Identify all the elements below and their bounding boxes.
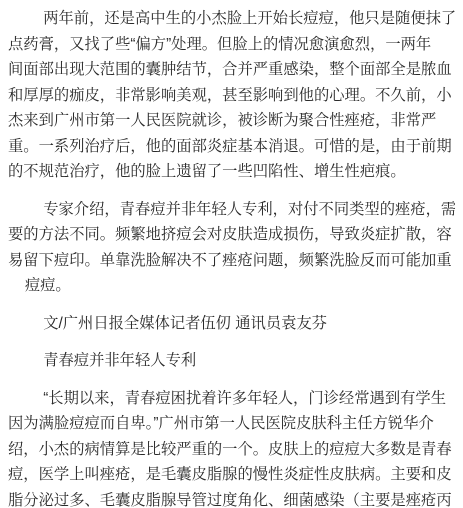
section-subheading: 青春痘并非年轻人专利 [8, 348, 455, 374]
text-line: 要的方法不同。频繁地挤痘会对皮肤造成损伤，导致炎症扩散，容 [8, 222, 455, 248]
text-line: “长期以来，青春痘困扰着许多年轻人，门诊经常遇到有学生 [8, 386, 455, 412]
text-line: 的不规范治疗，他的脸上遗留了一些凹陷性、增生性疤痕。 [8, 159, 455, 185]
text-line: 绍，小杰的病情算是比较严重的一个。皮肤上的痘痘大多数是青春 [8, 437, 455, 463]
text-line: 和厚厚的痂皮，非常影响美观，甚至影响到他的心理。不久前，小 [8, 83, 455, 109]
paragraph-expert-summary: 专家介绍，青春痘并非年轻人专利，对付不同类型的痤疮，需 要的方法不同。频繁地挤痘… [8, 197, 455, 299]
paragraph-case-story: 两年前，还是高中生的小杰脸上开始长痘痘，他只是随便抹了 点药膏，又找了些“偏方”… [8, 6, 455, 185]
article-page: { "page": { "background_color": "#ffffff… [0, 0, 463, 508]
text-line: 因为满脸痘痘而自卑。”广州市第一人民医院皮肤科主任方锐华介 [8, 411, 455, 437]
text-line: 易留下痘印。单靠洗脸解决不了痤疮问题，频繁洗脸反而可能加重 [8, 248, 455, 274]
text-line: 间面部出现大范围的囊肿结节，合并严重感染，整个面部全是脓血 [8, 57, 455, 83]
text-line: 脂分泌过多、毛囊皮脂腺导管过度角化、细菌感染（主要是痤疮丙 [8, 488, 455, 508]
text-line: 痘，医学上叫痤疮，是毛囊皮脂腺的慢性炎症性皮肤病。主要和皮 [8, 462, 455, 488]
text-line: 杰来到广州市第一人民医院就诊，被诊断为聚合性痤疮，非常严 [8, 108, 455, 134]
text-line: 重。一系列治疗后，他的面部炎症基本消退。可惜的是，由于前期 [8, 134, 455, 160]
text-line: 点药膏，又找了些“偏方”处理。但脸上的情况愈演愈烈，一两年 [8, 32, 455, 58]
text-line: 痘痘。 [8, 273, 455, 299]
text-line: 专家介绍，青春痘并非年轻人专利，对付不同类型的痤疮，需 [8, 197, 455, 223]
paragraph-doctor-explanation: “长期以来，青春痘困扰着许多年轻人，门诊经常遇到有学生 因为满脸痘痘而自卑。”广… [8, 386, 455, 508]
article-body: 两年前，还是高中生的小杰脸上开始长痘痘，他只是随便抹了 点药膏，又找了些“偏方”… [0, 0, 463, 508]
byline: 文/广州日报全媒体记者伍仞 通讯员袁友芬 [8, 311, 455, 337]
text-line: 两年前，还是高中生的小杰脸上开始长痘痘，他只是随便抹了 [8, 6, 455, 32]
